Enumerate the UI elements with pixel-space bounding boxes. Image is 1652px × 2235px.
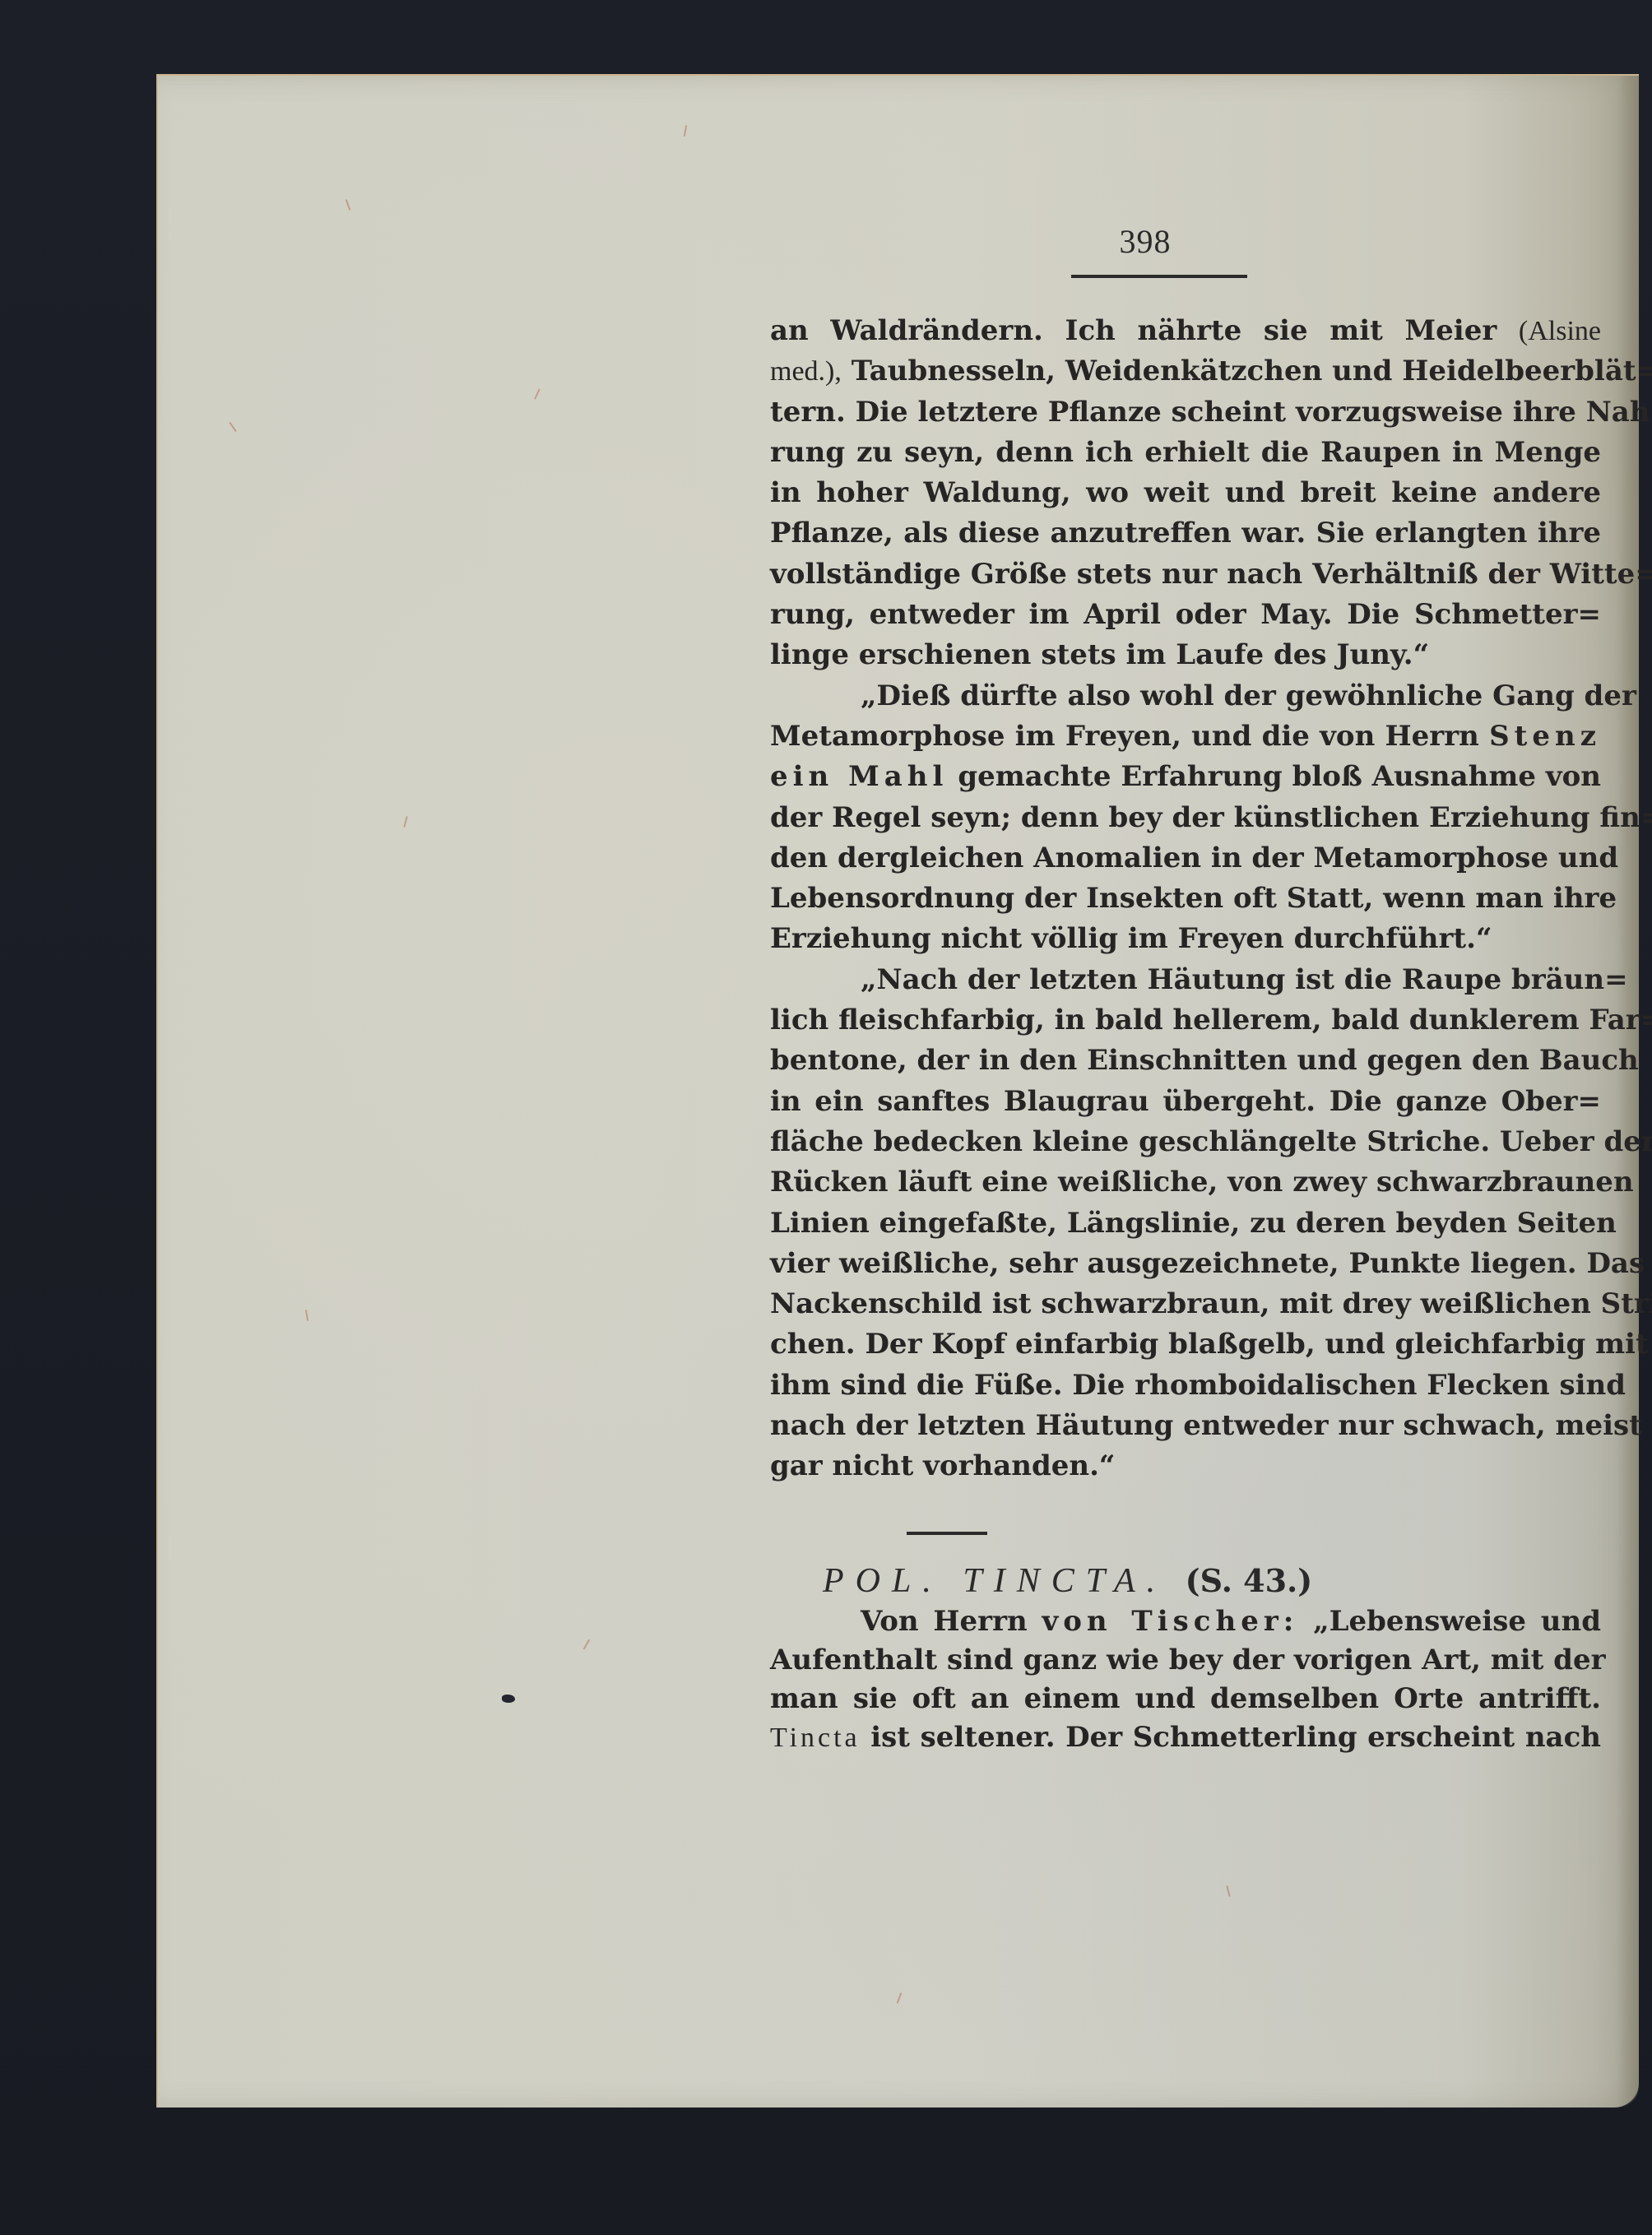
paper-fleck [403,816,408,828]
section-divider [907,1532,987,1535]
paragraph-start-line: „Nach der letzten Häutung ist die Raupe … [770,960,1601,1000]
page-number-rule [1071,275,1247,278]
text-line: in ein sanftes Blaugrau übergeht. Die ga… [770,1082,1601,1122]
text-line: in hoher Waldung, wo weit und breit kein… [770,473,1601,513]
text-line: an Waldrändern. Ich nährte sie mit Meier… [770,311,1601,351]
section-heading: POL. TINCTA. (S. 43.) [823,1561,1547,1601]
text-line: nach der letzten Häutung entweder nur sc… [770,1406,1601,1446]
text-line: fläche bedecken kleine geschlängelte Str… [770,1122,1601,1162]
paper-fleck [1226,1885,1231,1897]
text-line: rung zu seyn, denn ich erhielt die Raupe… [770,433,1601,473]
spaced-name: Stenz [1489,720,1601,753]
text-line: vier weißliche, sehr ausgezeichnete, Pun… [770,1244,1601,1284]
paragraph-start-line: „Dieß dürfte also wohl der gewöhnliche G… [770,676,1601,716]
text-line: Lebensordnung der Insekten oft Statt, we… [770,879,1601,919]
section-body: Von Herrn von Tischer: „Lebensweise und … [770,1602,1601,1757]
text-line: Linien eingefaßte, Längslinie, zu deren … [770,1203,1601,1244]
paper-fleck [583,1639,591,1649]
page-number: 398 [1112,222,1178,261]
species-title: POL. TINCTA. [823,1562,1167,1600]
text-line: den dergleichen Anomalien in der Metamor… [770,838,1601,879]
text-line: vollständige Größe stets nur nach Verhäl… [770,554,1601,595]
text-line: Aufenthalt sind ganz wie bey der vorigen… [770,1641,1601,1680]
text-line: linge erschienen stets im Laufe des Juny… [770,635,1601,675]
spaced-phrase: ein Mahl [770,760,948,793]
text-line: man sie oft an einem und demselben Orte … [770,1680,1601,1718]
text-line: Metamorphose im Freyen, und die von Herr… [770,716,1601,757]
text-line: ein Mahl gemachte Erfahrung bloß Ausnahm… [770,757,1601,797]
text-line: Pflanze, als diese anzutreffen war. Sie … [770,513,1601,554]
paper-fleck [305,1310,309,1321]
text-line: bentone, der in den Einschnitten und geg… [770,1041,1601,1081]
ink-speck [502,1695,515,1703]
text-line: Rücken läuft eine weißliche, von zwey sc… [770,1162,1601,1203]
page-reference: (S. 43.) [1186,1562,1313,1599]
paper-fleck [346,199,351,211]
text-line: lich fleischfarbig, in bald hellerem, ba… [770,1000,1601,1041]
text-line: Tincta ist seltener. Der Schmetterling e… [770,1718,1601,1757]
latin-term: med.), [770,356,842,387]
paragraph-start-line: Von Herrn von Tischer: „Lebensweise und [770,1602,1601,1641]
text-line: gar nicht vorhanden.“ [770,1446,1601,1486]
text-line: tern. Die letztere Pflanze scheint vorzu… [770,392,1601,433]
scan-frame: 398 an Waldrändern. Ich nährte sie mit M… [0,0,1652,2235]
paper-fleck [229,422,237,433]
body-text: an Waldrändern. Ich nährte sie mit Meier… [770,311,1601,1487]
text-line: ihm sind die Füße. Die rhomboidalischen … [770,1366,1601,1406]
text-line: chen. Der Kopf einfarbig blaßgelb, und g… [770,1324,1601,1365]
spaced-name: von Tischer: [1042,1605,1299,1638]
paper-fleck [897,1992,903,2004]
latin-term: Tincta [770,1723,861,1753]
paper-fleck [534,388,541,400]
paper-fleck [684,125,687,137]
text-line: med.), Taubnesseln, Weidenkätzchen und H… [770,351,1601,392]
text-line: Erziehung nicht völlig im Freyen durchfü… [770,919,1601,959]
text-line: rung, entweder im April oder May. Die Sc… [770,595,1601,635]
text-line: Nackenschild ist schwarzbraun, mit drey … [770,1284,1601,1324]
latin-term: (Alsine [1519,316,1601,346]
text-line: der Regel seyn; denn bey der künstlichen… [770,798,1601,838]
